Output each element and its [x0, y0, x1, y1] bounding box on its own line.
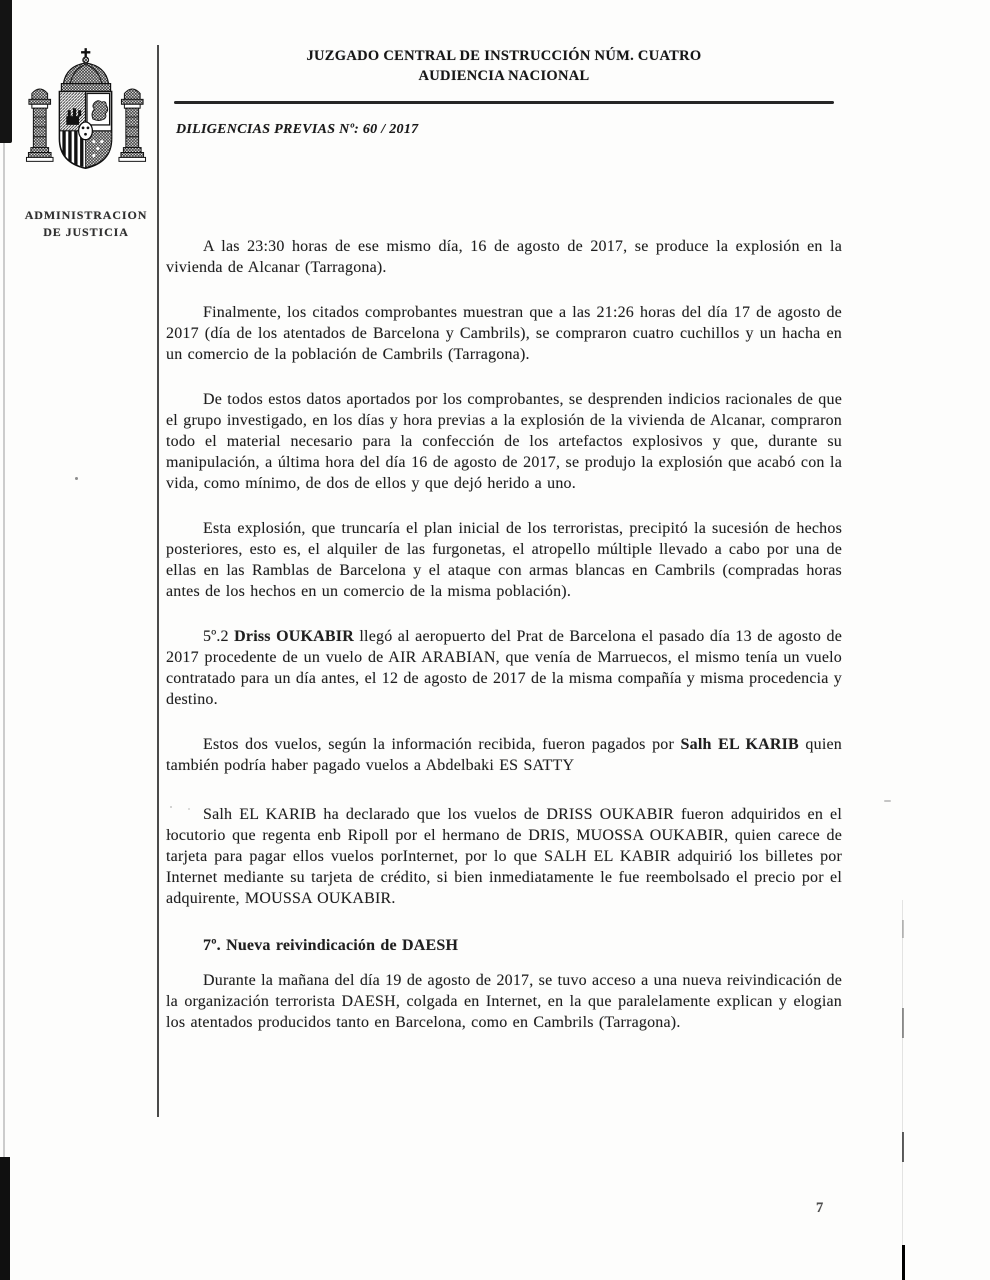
institution-name-line1: ADMINISTRACION [15, 207, 157, 224]
paragraph-vuelos-pagados: Estos dos vuelos, según la información r… [166, 734, 842, 776]
scan-edge-mark [902, 1245, 905, 1280]
paragraph-text: Esta explosión, que truncaría el plan in… [166, 520, 842, 600]
institution-name-line2: DE JUSTICIA [15, 224, 157, 241]
scan-edge-bar-bottom-left [0, 1157, 10, 1280]
document-content: JUZGADO CENTRAL DE INSTRUCCIÓN NÚM. CUAT… [166, 0, 842, 1280]
document-body: A las 23:30 horas de ese mismo día, 16 d… [166, 236, 842, 1057]
section-heading-daesh: 7º. Nueva reivindicación de DAESH [166, 935, 842, 956]
sidebar-divider [157, 45, 159, 1117]
sidebar: ADMINISTRACION DE JUSTICIA [15, 48, 157, 241]
document-page: ADMINISTRACION DE JUSTICIA JUZGADO CENTR… [0, 0, 990, 1280]
case-reference: DILIGENCIAS PREVIAS Nº: 60 / 2017 [176, 122, 418, 138]
bold-name: Salh EL KARIB [681, 736, 799, 753]
paragraph-comprobantes-cuchillos: Finalmente, los citados comprobantes mue… [166, 302, 842, 365]
scan-edge-line-left [3, 143, 5, 1157]
court-title-line1: JUZGADO CENTRAL DE INSTRUCCIÓN NÚM. CUAT… [166, 48, 842, 65]
court-title-line2: AUDIENCIA NACIONAL [166, 68, 842, 85]
scan-edge-mark [902, 920, 904, 938]
spain-coat-of-arms-icon [24, 48, 148, 194]
paragraph-explosion-alcanar: A las 23:30 horas de ese mismo día, 16 d… [166, 236, 842, 278]
scan-edge-bar-top-left [0, 0, 12, 143]
bold-name: Driss OUKABIR [234, 628, 354, 645]
scan-speck [884, 800, 891, 802]
paragraph-plan-inicial: Esta explosión, que truncaría el plan in… [166, 518, 842, 602]
scan-edge-line-right [902, 900, 903, 1280]
paragraph-text: 5º.2 [203, 628, 234, 645]
paragraph-text: Estos dos vuelos, según la información r… [203, 736, 681, 753]
paragraph-text: De todos estos datos aportados por los c… [166, 391, 842, 492]
paragraph-reivindicacion: Durante la mañana del día 19 de agosto d… [166, 970, 842, 1033]
header-divider [174, 101, 834, 104]
paragraph-text: Durante la mañana del día 19 de agosto d… [166, 972, 842, 1031]
page-number: 7 [816, 1200, 823, 1217]
scan-edge-mark [902, 1132, 904, 1162]
paragraph-text: Finalmente, los citados comprobantes mue… [166, 304, 842, 363]
paragraph-driss-oukabir: 5º.2 Driss OUKABIR llegó al aeropuerto d… [166, 626, 842, 710]
scan-speck [75, 477, 78, 480]
paragraph-salh-el-karib: Salh EL KARIB ha declarado que los vuelo… [166, 804, 842, 909]
heading-text: 7º. Nueva reivindicación de DAESH [203, 937, 458, 954]
scan-edge-mark [902, 1008, 904, 1038]
paragraph-text: Salh EL KARIB ha declarado que los vuelo… [166, 806, 842, 907]
paragraph-indicios-racionales: De todos estos datos aportados por los c… [166, 389, 842, 494]
paragraph-text: A las 23:30 horas de ese mismo día, 16 d… [166, 238, 842, 276]
